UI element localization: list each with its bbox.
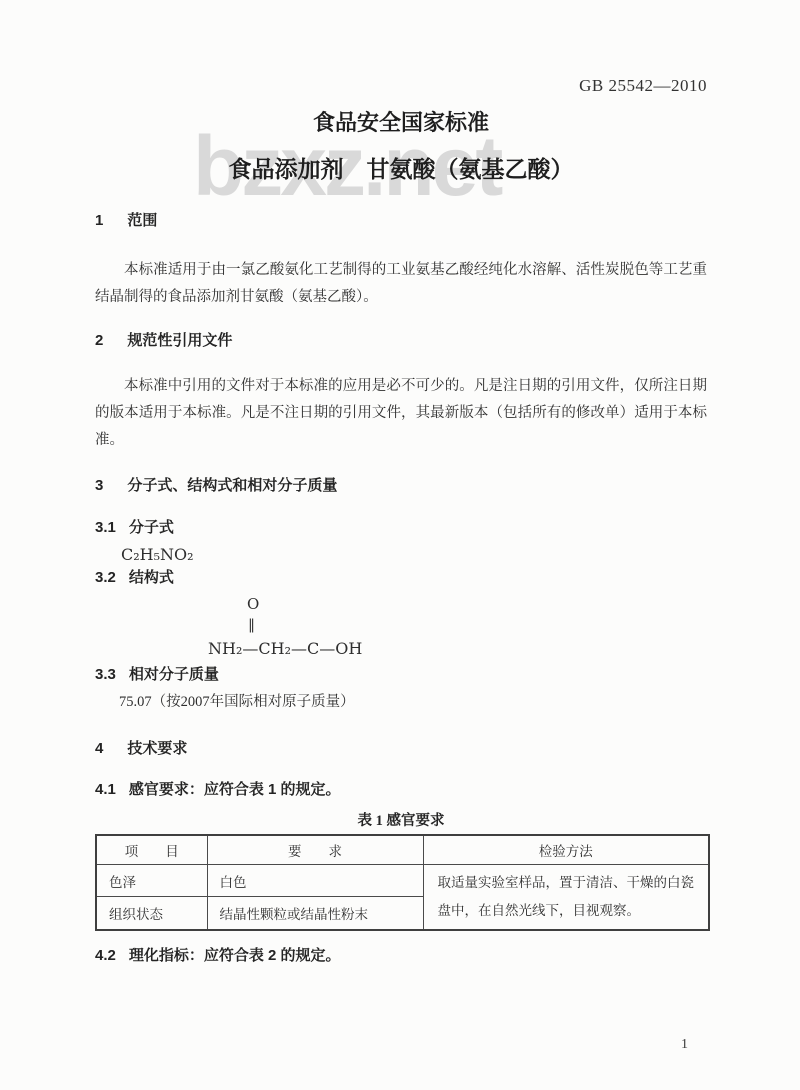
section-4-1-title: 感官要求：应符合表 1 的规定。: [129, 781, 341, 798]
section-3-2-heading: 3.2结构式: [95, 568, 707, 588]
section-3-number: 3: [95, 476, 103, 496]
table1-cell-requirement-texture: 结晶性颗粒或结晶性粉末: [207, 897, 423, 930]
section-3-heading: 3分子式、结构式和相对分子质量: [95, 476, 707, 496]
table1-header-row: 项 目 要 求 检验方法: [96, 835, 709, 865]
table1-header-requirement: 要 求: [207, 835, 423, 865]
section-3-2-title: 结构式: [129, 569, 174, 586]
section-4-title: 技术要求: [127, 740, 187, 757]
table1-header-item: 项 目: [96, 835, 207, 865]
section-1-title: 范围: [127, 212, 157, 229]
section-1-heading: 1范围: [95, 211, 707, 231]
section-4-2-number: 4.2: [95, 946, 116, 966]
section-2-number: 2: [95, 331, 103, 351]
standard-name-title: 食品添加剂 甘氨酸（氨基乙酸）: [95, 156, 707, 184]
section-3-3-heading: 3.3相对分子质量: [95, 665, 707, 685]
table1-sensory-requirements: 项 目 要 求 检验方法 色泽 白色 取适量实验室样品，置于清洁、干燥的白瓷盘中…: [95, 834, 710, 931]
section-3-1-heading: 3.1分子式: [95, 518, 707, 538]
relative-molecular-mass-value: 75.07（按2007年国际相对原子质量）: [95, 690, 707, 711]
table1-cell-requirement-color: 白色: [207, 864, 423, 896]
section-4-2-title: 理化指标：应符合表 2 的规定。: [129, 947, 341, 964]
table1-header-method: 检验方法: [423, 835, 709, 865]
molecular-formula: C₂H₅NO₂: [95, 545, 707, 564]
document-content: GB 25542—2010 食品安全国家标准 食品添加剂 甘氨酸（氨基乙酸） 1…: [95, 0, 707, 966]
page-number: 1: [681, 1037, 688, 1053]
section-1-number: 1: [95, 211, 103, 231]
section-4-number: 4: [95, 739, 103, 759]
table1-caption: 表 1 感官要求: [95, 809, 707, 830]
section-3-3-title: 相对分子质量: [129, 666, 219, 683]
section-4-1-number: 4.1: [95, 780, 116, 800]
section-3-3-number: 3.3: [95, 665, 116, 685]
table1-cell-item-texture: 组织状态: [96, 897, 207, 930]
section-4-heading: 4技术要求: [95, 739, 707, 759]
standard-type-title: 食品安全国家标准: [95, 110, 707, 136]
table1-cell-item-color: 色泽: [96, 864, 207, 896]
structure-chain: NH₂—CH₂—C—OH: [208, 636, 707, 662]
standard-code: GB 25542—2010: [95, 0, 707, 96]
structural-formula: O ‖ NH₂—CH₂—C—OH: [208, 594, 707, 662]
section-2-title: 规范性引用文件: [127, 332, 232, 349]
section-3-1-number: 3.1: [95, 518, 116, 538]
section-3-title: 分子式、结构式和相对分子质量: [127, 477, 337, 494]
section-3-2-number: 3.2: [95, 568, 116, 588]
structure-double-bond: ‖: [248, 614, 707, 636]
section-4-2-heading: 4.2理化指标：应符合表 2 的规定。: [95, 946, 707, 966]
document-page: bzxz.net GB 25542—2010 食品安全国家标准 食品添加剂 甘氨…: [0, 0, 800, 1090]
section-4-1-heading: 4.1感官要求：应符合表 1 的规定。: [95, 780, 707, 800]
section-2-heading: 2规范性引用文件: [95, 331, 707, 351]
table1-row-color: 色泽 白色 取适量实验室样品，置于清洁、干燥的白瓷盘中，在自然光线下，目视观察。: [96, 864, 709, 896]
section-3-1-title: 分子式: [129, 519, 174, 536]
structure-oxygen-atom: O: [247, 594, 707, 614]
section-2-paragraph: 本标准中引用的文件对于本标准的应用是必不可少的。凡是注日期的引用文件，仅所注日期…: [95, 373, 707, 454]
table1-cell-method: 取适量实验室样品，置于清洁、干燥的白瓷盘中，在自然光线下，目视观察。: [423, 864, 709, 930]
section-1-paragraph: 本标准适用于由一氯乙酸氨化工艺制得的工业氨基乙酸经纯化水溶解、活性炭脱色等工艺重…: [95, 257, 707, 311]
